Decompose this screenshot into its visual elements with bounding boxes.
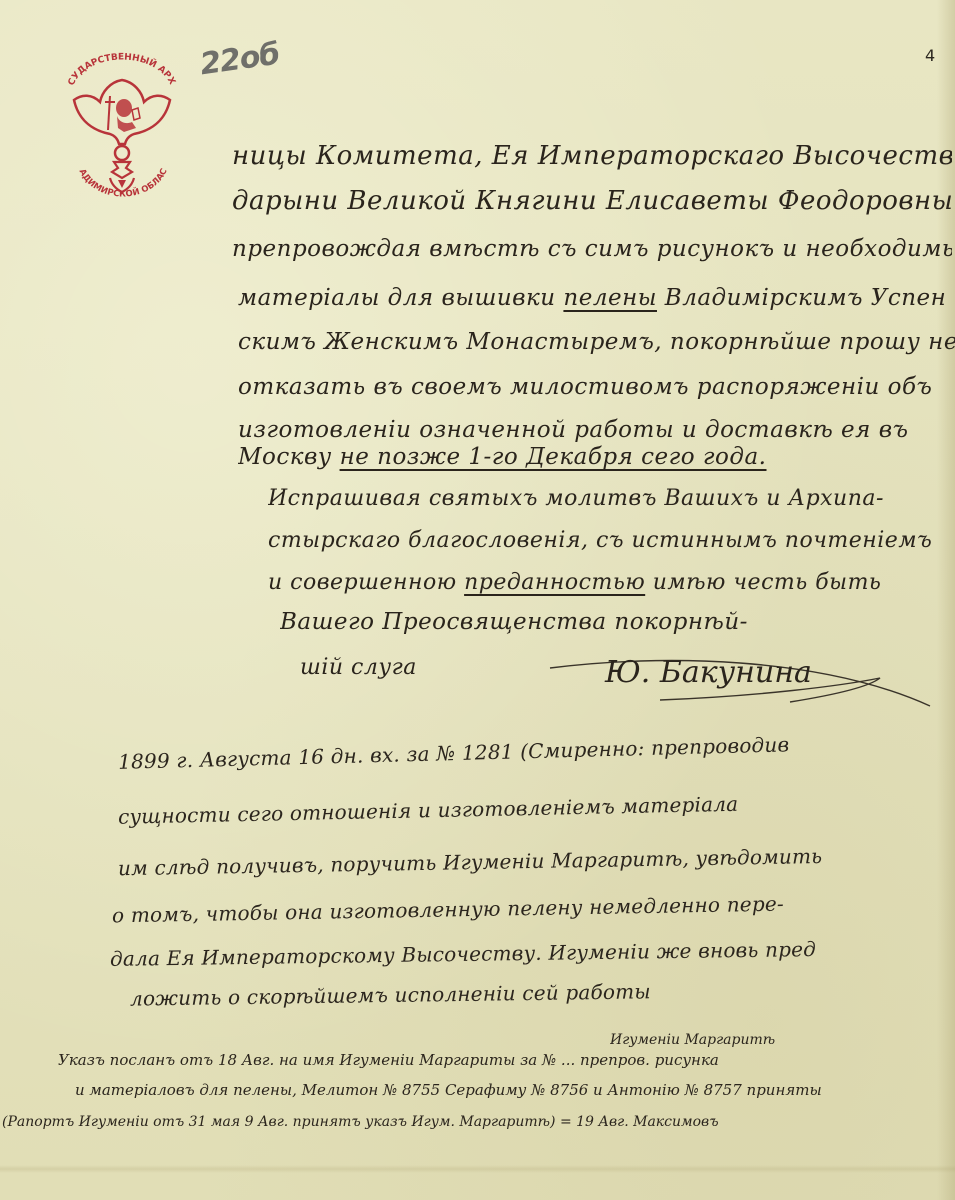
- svg-text:ГОСУДАРСТВЕННЫЙ АРХИВ: ГОСУДАРСТВЕННЫЙ АРХИВ: [62, 52, 177, 87]
- resolution-line: сущности сего отношенія и изготовленіемъ…: [118, 786, 948, 829]
- letter-text: Владимірскимъ Успен: [665, 285, 947, 311]
- letter-text: имѣю честь быть: [653, 570, 882, 595]
- resolution-line: о томъ, чтобы она изготовленную пелену н…: [112, 888, 952, 929]
- letter-line: ницы Комитета, Ея Императорскаго Высочес…: [232, 140, 952, 172]
- letter-line: Москву не позже 1-го Декабря сего года.: [238, 441, 955, 473]
- archive-stamp-emblem-icon: ГОСУДАРСТВЕННЫЙ АРХИВ ВЛАДИМИРСКОЙ ОБЛАС…: [62, 52, 182, 217]
- note-insertion: Игуменіи Маргаритѣ: [610, 1030, 810, 1050]
- note-line: (Рапортъ Игуменіи отъ 31 мая 9 Авг. прин…: [2, 1112, 952, 1132]
- letter-text: Москву: [238, 444, 332, 470]
- letter-text: матеріалы для вышивки: [238, 285, 556, 311]
- letter-line: препровождая вмѣстѣ съ симъ рисунокъ и н…: [232, 233, 952, 265]
- resolution-line: ложить о скорѣйшемъ исполненіи сей работ…: [130, 974, 930, 1011]
- letter-text: и совершенною: [268, 570, 457, 595]
- letter-line: дарыни Великой Княгини Елисаветы Феодоро…: [232, 185, 952, 217]
- underlined-word: пелены: [563, 285, 657, 311]
- stamp-text-top: ГОСУДАРСТВЕННЫЙ АРХИВ: [62, 52, 177, 87]
- letter-line: шій слуга: [300, 652, 560, 684]
- letter-line: стырскаго благословенія, съ истиннымъ по…: [268, 525, 955, 557]
- folio-number: 22об: [198, 37, 281, 83]
- paper-fold: [0, 1165, 955, 1173]
- letter-line: Вашего Преосвященства покорнѣй-: [280, 606, 955, 638]
- letter-line: скимъ Женскимъ Монастыремъ, покорнѣйше п…: [238, 326, 955, 358]
- paper-edge: [937, 0, 955, 1200]
- signature: Ю. Бакунина: [605, 655, 812, 690]
- document-page: ГОСУДАРСТВЕННЫЙ АРХИВ ВЛАДИМИРСКОЙ ОБЛАС…: [0, 0, 955, 1200]
- note-line: и матеріаловъ для пелены, Мелитон № 8755…: [75, 1080, 953, 1100]
- note-line: Указъ посланъ отъ 18 Авг. на имя Игумені…: [58, 1050, 950, 1070]
- corner-mark: 4: [925, 46, 935, 65]
- letter-line: Испрашивая святыхъ молитвъ Вашихъ и Архи…: [268, 483, 955, 515]
- letter-line: отказать въ своемъ милостивомъ распоряже…: [238, 371, 955, 403]
- archive-stamp: ГОСУДАРСТВЕННЫЙ АРХИВ ВЛАДИМИРСКОЙ ОБЛАС…: [62, 52, 182, 217]
- letter-line: матеріалы для вышивки пелены Владимірски…: [238, 282, 955, 314]
- resolution-line: дала Ея Императорскому Высочеству. Игуме…: [110, 934, 950, 972]
- underlined-word: преданностью: [464, 570, 645, 595]
- underlined-date: не позже 1-го Декабря сего года.: [340, 444, 767, 470]
- resolution-line: 1899 г. Августа 16 дн. вх. за № 1281 (См…: [118, 727, 948, 775]
- letter-line: и совершенною преданностью имѣю честь бы…: [268, 567, 955, 599]
- resolution-line: им слѣд получивъ, поручить Игуменіи Марг…: [118, 841, 948, 881]
